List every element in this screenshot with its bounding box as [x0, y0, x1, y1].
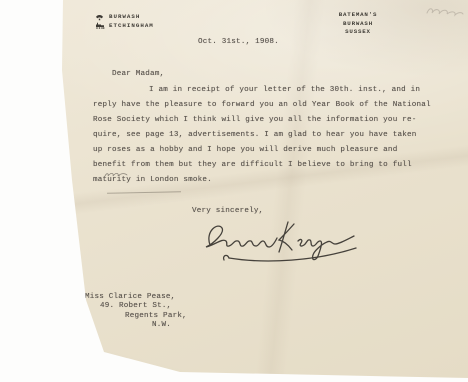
recipient-postal: N.W.	[152, 321, 187, 330]
scanned-letter: BURWASH ETCHINGHAM BATEMAN'S BURWASH SUS…	[0, 0, 468, 382]
body-line: maturity in London smoke.	[93, 173, 425, 188]
recipient-street: 49. Robert St.,	[100, 302, 187, 311]
letterhead-address: BATEMAN'S BURWASH SUSSEX	[335, 11, 381, 37]
letterhead-telephone-label: BURWASH	[109, 13, 140, 20]
closing: Very sincerely,	[192, 207, 263, 215]
recipient-address: Miss Clarice Pease, 49. Robert St., Rege…	[85, 293, 187, 330]
pencil-underline	[107, 189, 181, 194]
pencil-annotation	[424, 2, 466, 18]
letter-paper: BURWASH ETCHINGHAM BATEMAN'S BURWASH SUS…	[0, 0, 468, 382]
letterhead-telephone-row: BURWASH	[95, 12, 154, 21]
recipient-district: Regents Park,	[125, 312, 187, 321]
letterhead-left: BURWASH ETCHINGHAM	[95, 12, 154, 30]
body-line: Rose Society which I think will give you…	[93, 113, 425, 128]
body-line: quire, see page 13, advertisements. I am…	[93, 128, 425, 143]
recipient-name: Miss Clarice Pease,	[85, 293, 187, 302]
train-icon	[95, 22, 104, 29]
letterhead-county: SUSSEX	[335, 28, 381, 37]
letterhead-village: BURWASH	[335, 20, 381, 29]
letter-body: I am in receipt of your letter of the 30…	[93, 83, 425, 188]
letterhead-house: BATEMAN'S	[335, 11, 381, 20]
letterhead-station-label: ETCHINGHAM	[109, 22, 154, 29]
date-line: Oct. 31st., 1908.	[198, 38, 279, 46]
body-line: up roses as a hobby and I hope you will …	[93, 143, 425, 158]
body-line: I am in receipt of your letter of the 30…	[93, 83, 425, 98]
signature: Rudyard Kipling	[194, 215, 372, 271]
salutation: Dear Madam,	[112, 70, 164, 78]
telephone-icon	[95, 13, 104, 21]
letterhead-station-row: ETCHINGHAM	[95, 21, 154, 30]
body-line: benefit from them but they are difficult…	[93, 158, 425, 173]
handwritten-insertion	[103, 170, 129, 179]
body-line: reply have the pleasure to forward you a…	[93, 98, 425, 113]
